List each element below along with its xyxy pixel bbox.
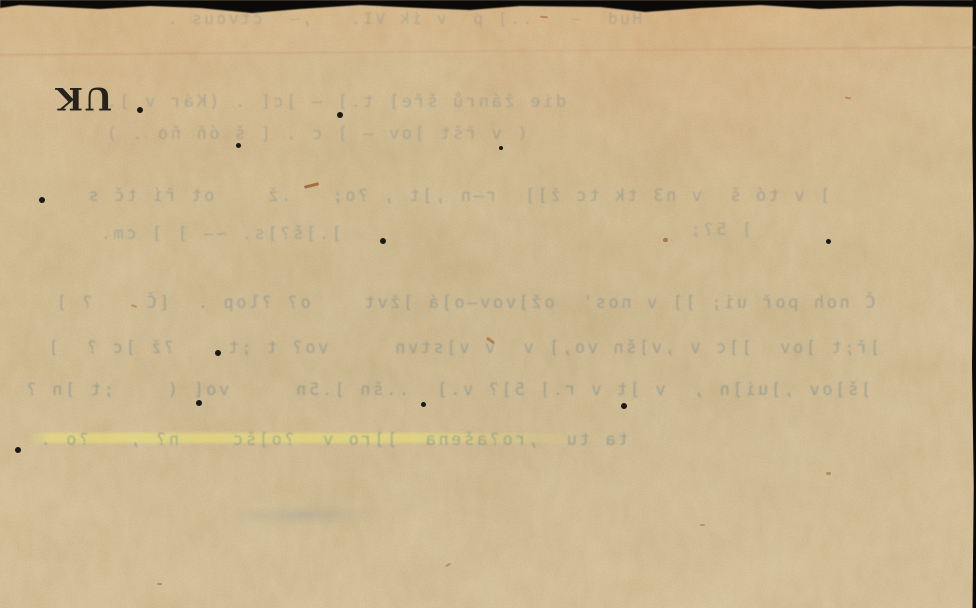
ink-dot (421, 402, 426, 407)
ghost-text-line: ]ř;t ]ov ]]c v ,v]šn vo,] v v v]stvn vo?… (46, 338, 880, 358)
ink-dot (621, 403, 627, 409)
ink-dot (337, 112, 343, 118)
brown-speck (845, 96, 851, 99)
scan-edge-right (971, 0, 976, 608)
ghost-text-line: ] 5?; (688, 220, 752, 240)
ghost-text-line: ( v řšt ]ov — ] c . [ š óň ňo . ) (104, 124, 528, 144)
brown-speck (826, 472, 831, 475)
ink-dot (499, 146, 503, 150)
brown-speck (663, 238, 668, 242)
ghost-text-line: Hud — ..] p v ik VI. ,— čtvous . (165, 9, 642, 28)
ink-dot (196, 400, 202, 406)
ghost-text-line: ta tu ,ro?ašena ]]ro v ?o]šc n? , ?o . (38, 430, 628, 450)
ink-dot (826, 239, 831, 244)
ghost-text-line: ]š]ov ,]ui]n , v ]t v r.] 5]? v.] ..šn ]… (24, 380, 871, 400)
ghost-text-line: Č noh poř ui; ]] v nos' ož]vov—o]á ]žvt … (54, 293, 875, 313)
ghost-text-line: die žánrů šře] t.] — ]c[ . (Kár v ]. (104, 92, 566, 112)
uk-stamp: UK (54, 82, 112, 113)
ghost-text-line: ].]š?]s. ~— ] ] cm. (98, 224, 342, 244)
ink-dot (236, 143, 241, 148)
ink-dot (215, 350, 221, 356)
brown-speck (445, 563, 451, 568)
ink-dot (137, 107, 143, 113)
ghost-text-line: ] v tó š v n3 tk tc ž]] r—n ,]t , ?o; .ž… (86, 186, 830, 206)
ink-dot (15, 447, 21, 453)
ink-smudge (225, 506, 385, 524)
scanned-card-page: Hud — ..] p v ik VI. ,— čtvous .die žánr… (0, 0, 976, 608)
ink-dot (380, 238, 386, 244)
ink-dot (39, 197, 45, 203)
brown-speck (700, 524, 705, 526)
brown-speck (157, 583, 162, 585)
horizontal-crease-line (0, 46, 976, 56)
